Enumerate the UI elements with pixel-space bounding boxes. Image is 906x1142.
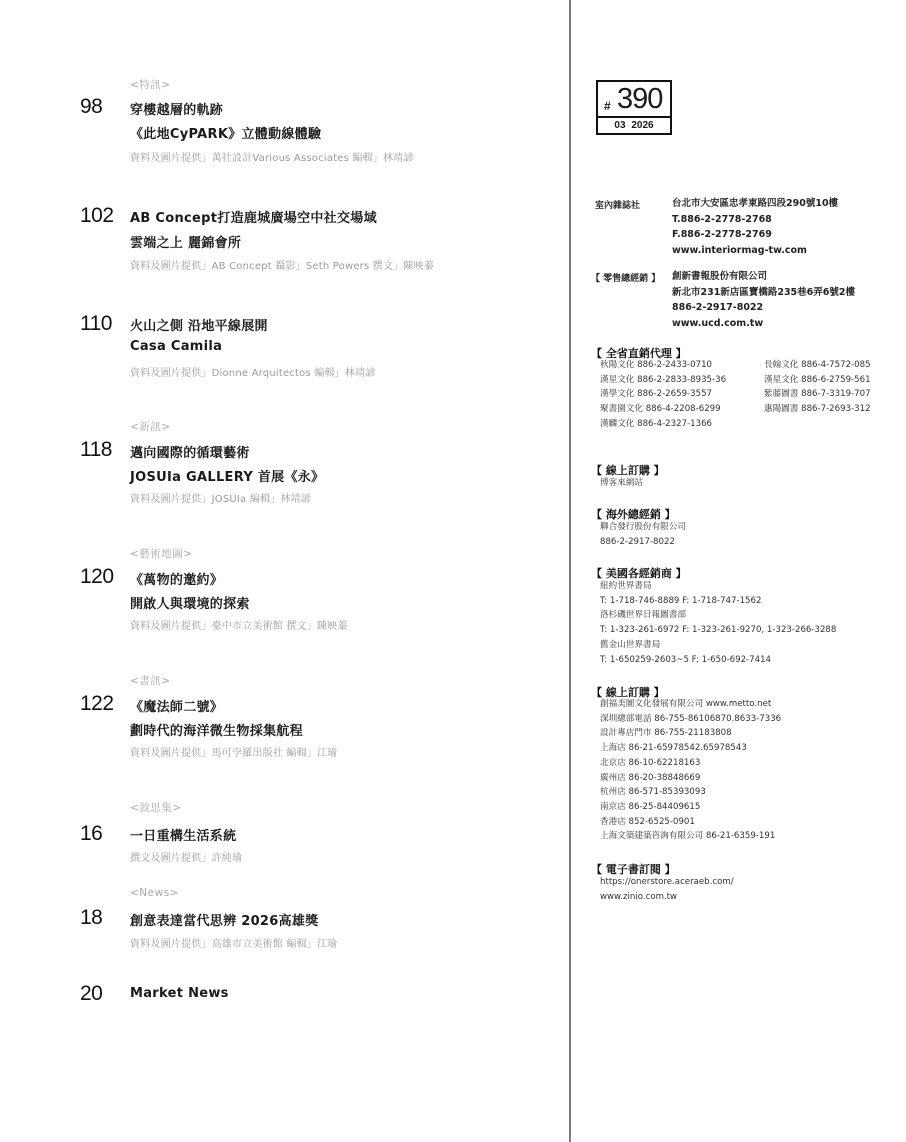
section-tag: <新訊> <box>130 419 171 434</box>
store-entry: 香港店 852-6525-0901 <box>600 815 781 830</box>
store-entry: 廣州店 86-20-38848669 <box>600 771 781 786</box>
publisher-address: 台北市大安區忠孝東路四段290號10樓 <box>672 196 838 212</box>
page-number: 16 <box>80 823 102 844</box>
entry-credit: 資料及圖片提供」Dionne Arquitectos 編輯」林靖諺 <box>130 364 375 379</box>
ebook-link[interactable]: www.zinio.com.tw <box>600 890 734 905</box>
entry-title[interactable]: Market News <box>130 986 229 1001</box>
entry-subtitle[interactable]: 開啟人與環境的探索 <box>130 593 250 612</box>
usa-entry: 舊金山世界書局 <box>600 638 836 653</box>
entry-title[interactable]: 一日重構生活系統 <box>130 825 236 844</box>
retail-website[interactable]: www.ucd.com.tw <box>672 316 855 332</box>
agent-entry: 紫藤圖書 886-7-3319-707 <box>764 387 894 402</box>
page-number: 102 <box>80 205 114 226</box>
store-entry: 設計專店門市 86-755-21183808 <box>600 726 781 741</box>
store-entry: 北京店 86-10-62218163 <box>600 756 781 771</box>
store-entry: 上海店 86-21-65978542.65978543 <box>600 741 781 756</box>
agent-entry: 聚書園文化 886-4-2208-6299 <box>600 402 764 417</box>
agent-entry: 漢學文化 886-2-2659-3557 <box>600 387 764 402</box>
retail-address: 新北市231新店區寶橋路235巷6弄6號2樓 <box>672 285 855 301</box>
retail-company: 創新書報股份有限公司 <box>672 269 855 285</box>
usa-entry: T: 1-323-261-6972 F: 1-323-261-9270, 1-3… <box>600 623 836 638</box>
page-number: 98 <box>80 96 102 117</box>
section-tag: <News> <box>130 887 179 899</box>
store-entry: 創福美圖文化發展有限公司 www.metto.net <box>600 697 781 712</box>
usa-entry: 洛杉磯世界日報圖書部 <box>600 608 836 623</box>
agent-entry: 長翰文化 886-4-7572-085 <box>764 358 894 373</box>
entry-credit: 資料及圖片提供」萬社設計Various Associates 編輯」林靖諺 <box>130 149 414 164</box>
publisher-fax: F.886-2-2778-2769 <box>672 227 838 243</box>
publisher-label: 室內雜誌社 <box>595 198 640 211</box>
page-number: 20 <box>80 983 102 1004</box>
publisher-website[interactable]: www.interiormag-tw.com <box>672 243 838 259</box>
page-number: 118 <box>80 439 112 460</box>
issue-number-box: # 390 03 2026 <box>596 80 672 135</box>
store-entry: 杭州店 86-571-85393093 <box>600 785 781 800</box>
agent-entry <box>764 417 894 432</box>
agent-entry: 漢麟文化 886-4-2327-1366 <box>600 417 764 432</box>
entry-title[interactable]: 火山之側 沿地平線展開 <box>130 315 268 334</box>
entry-credit: 資料及圖片提供」高雄市立美術館 編輯」江瑜 <box>130 935 337 950</box>
agent-entry: 漢星文化 886-2-2833-8935-36 <box>600 373 764 388</box>
entry-title[interactable]: 《萬物的邀約》 <box>130 569 223 588</box>
store-entry: 上海文築建築咨詢有限公司 86-21-6359-191 <box>600 829 781 844</box>
section-tag: <特訊> <box>130 77 171 92</box>
section-tag: <藝術地圖> <box>130 546 193 561</box>
usa-entry: T: 1-650259-2603~5 F: 1-650-692-7414 <box>600 653 836 668</box>
retail-info: 創新書報股份有限公司 新北市231新店區寶橋路235巷6弄6號2樓 886-2-… <box>672 269 855 331</box>
page-number: 120 <box>80 566 114 587</box>
entry-credit: 撰文及圖片提供」許純瑜 <box>130 849 242 864</box>
entry-credit: 資料及圖片提供」馬可孛羅出版社 編輯」江瑜 <box>130 744 337 759</box>
section-tag: <書訊> <box>130 673 171 688</box>
entry-title[interactable]: 穿樓越層的軌跡 <box>130 99 223 118</box>
entry-subtitle[interactable]: 《此地CyPARK》立體動線體驗 <box>130 123 321 142</box>
page-number: 110 <box>80 313 112 334</box>
page-number: 122 <box>80 693 114 714</box>
issue-date: 03 2026 <box>598 118 670 133</box>
entry-title[interactable]: AB Concept打造鹿城廣場空中社交場域 <box>130 207 377 226</box>
agent-entry: 惠陽圖書 886-7-2693-312 <box>764 402 894 417</box>
section-tag: <敘思集> <box>130 800 182 815</box>
issue-number: 390 <box>617 83 662 115</box>
store-entry: 深圳總部電話 86-755-86106870.8633-7336 <box>600 712 781 727</box>
usa-entry: T: 1-718-746-8889 F: 1-718-747-1562 <box>600 594 836 609</box>
entry-subtitle[interactable]: 劃時代的海洋微生物採集航程 <box>130 720 303 739</box>
entry-credit: 資料及圖片提供」AB Concept 攝影」Seth Powers 撰文」陳映蓁 <box>130 257 434 272</box>
publisher-phone: T.886-2-2778-2768 <box>672 212 838 228</box>
entry-subtitle[interactable]: JOSUIa GALLERY 首展《永》 <box>130 466 324 485</box>
overseas-company: 聯合發行股份有限公司 <box>600 520 686 535</box>
retail-phone: 886-2-2917-8022 <box>672 300 855 316</box>
online-order-2-list: 創福美圖文化發展有限公司 www.metto.net 深圳總部電話 86-755… <box>600 697 781 844</box>
entry-title[interactable]: 《魔法師二號》 <box>130 696 223 715</box>
entry-subtitle[interactable]: 雲端之上 麗錦會所 <box>130 232 241 251</box>
agent-entry: 漢星文化 886-6-2759-561 <box>764 373 894 388</box>
issue-top: # 390 <box>598 82 670 118</box>
entry-credit: 資料及圖片提供」JOSUIa 編輯」林靖諺 <box>130 490 311 505</box>
entry-subtitle[interactable]: Casa Camila <box>130 339 222 354</box>
column-divider <box>569 0 571 1142</box>
page-number: 18 <box>80 907 102 928</box>
ebook-list: https://onerstore.aceraeb.com/ www.zinio… <box>600 875 734 904</box>
entry-credit: 資料及圖片提供」臺中市立美術館 撰文」陳映蓁 <box>130 617 348 632</box>
issue-hash: # <box>604 99 611 113</box>
publisher-info: 台北市大安區忠孝東路四段290號10樓 T.886-2-2778-2768 F.… <box>672 196 838 258</box>
store-entry: 南京店 86-25-84409615 <box>600 800 781 815</box>
agents-list: 秋陽文化 886-2-2433-0710 長翰文化 886-4-7572-085… <box>600 358 894 432</box>
retail-label: 【 零售總經銷 】 <box>591 271 660 284</box>
usa-list: 紐約世界書局 T: 1-718-746-8889 F: 1-718-747-15… <box>600 579 836 667</box>
usa-entry: 紐約世界書局 <box>600 579 836 594</box>
online-order-entry: 博客來網站 <box>600 476 643 491</box>
ebook-link[interactable]: https://onerstore.aceraeb.com/ <box>600 875 734 890</box>
online-order-list: 博客來網站 <box>600 476 643 491</box>
agent-entry: 秋陽文化 886-2-2433-0710 <box>600 358 764 373</box>
entry-title[interactable]: 創意表達當代思辨 2026高雄獎 <box>130 910 319 929</box>
overseas-list: 聯合發行股份有限公司 886-2-2917-8022 <box>600 520 686 549</box>
overseas-phone: 886-2-2917-8022 <box>600 535 686 550</box>
entry-title[interactable]: 邁向國際的循環藝術 <box>130 442 250 461</box>
